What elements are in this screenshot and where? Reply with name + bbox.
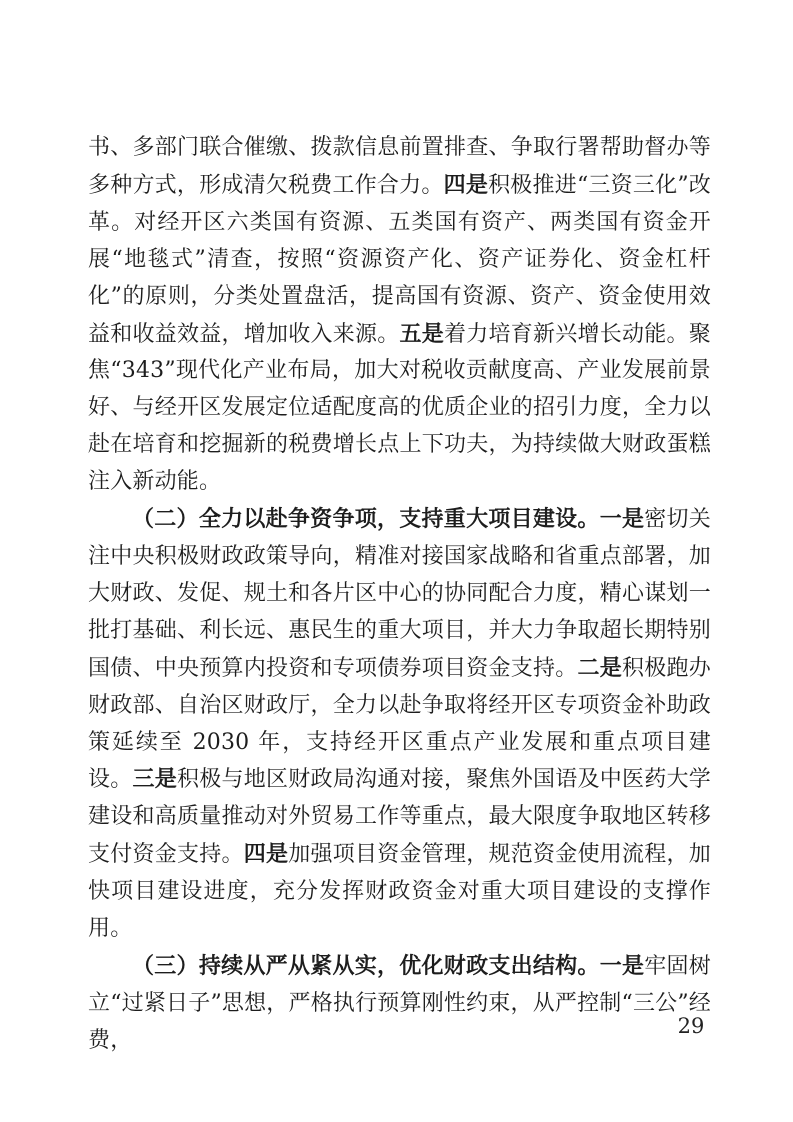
paragraph-1: 书、多部门联合催缴、拨款信息前置排查、争取行署帮助督办等多种方式，形成清欠税费工… [88, 130, 711, 501]
paragraph-3: （三）持续从严从紧从实，优化财政支出结构。一是牢固树立“过紧日子”思想，严格执行… [88, 948, 711, 1060]
text-segment-bold: 三是 [133, 766, 178, 792]
document-body: 书、多部门联合催缴、拨款信息前置排查、争取行署帮助督办等多种方式，形成清欠税费工… [88, 130, 711, 1060]
text-segment-bold: 四是 [444, 172, 488, 198]
text-segment-bold: 四是 [244, 841, 289, 867]
page-number: 29 [656, 1012, 726, 1040]
text-segment-bold: 二是 [578, 655, 623, 681]
paragraph-2: （二）全力以赴争资争项，支持重大项目建设。一是密切关注中央积极财政政策导向，精准… [88, 501, 711, 948]
text-segment-bold: （三）持续从严从紧从实，优化财政支出结构。一是 [132, 953, 644, 979]
text-segment-bold: 五是 [400, 321, 445, 347]
text-segment: 着力培育新兴增长动能。聚焦“343”现代化产业布局，加大对税收贡献度高、产业发展… [88, 322, 711, 495]
text-segment-bold: （二）全力以赴争资争项，支持重大项目建设。一是 [132, 506, 644, 532]
document-page: 书、多部门联合催缴、拨款信息前置排查、争取行署帮助督办等多种方式，形成清欠税费工… [0, 0, 793, 1122]
